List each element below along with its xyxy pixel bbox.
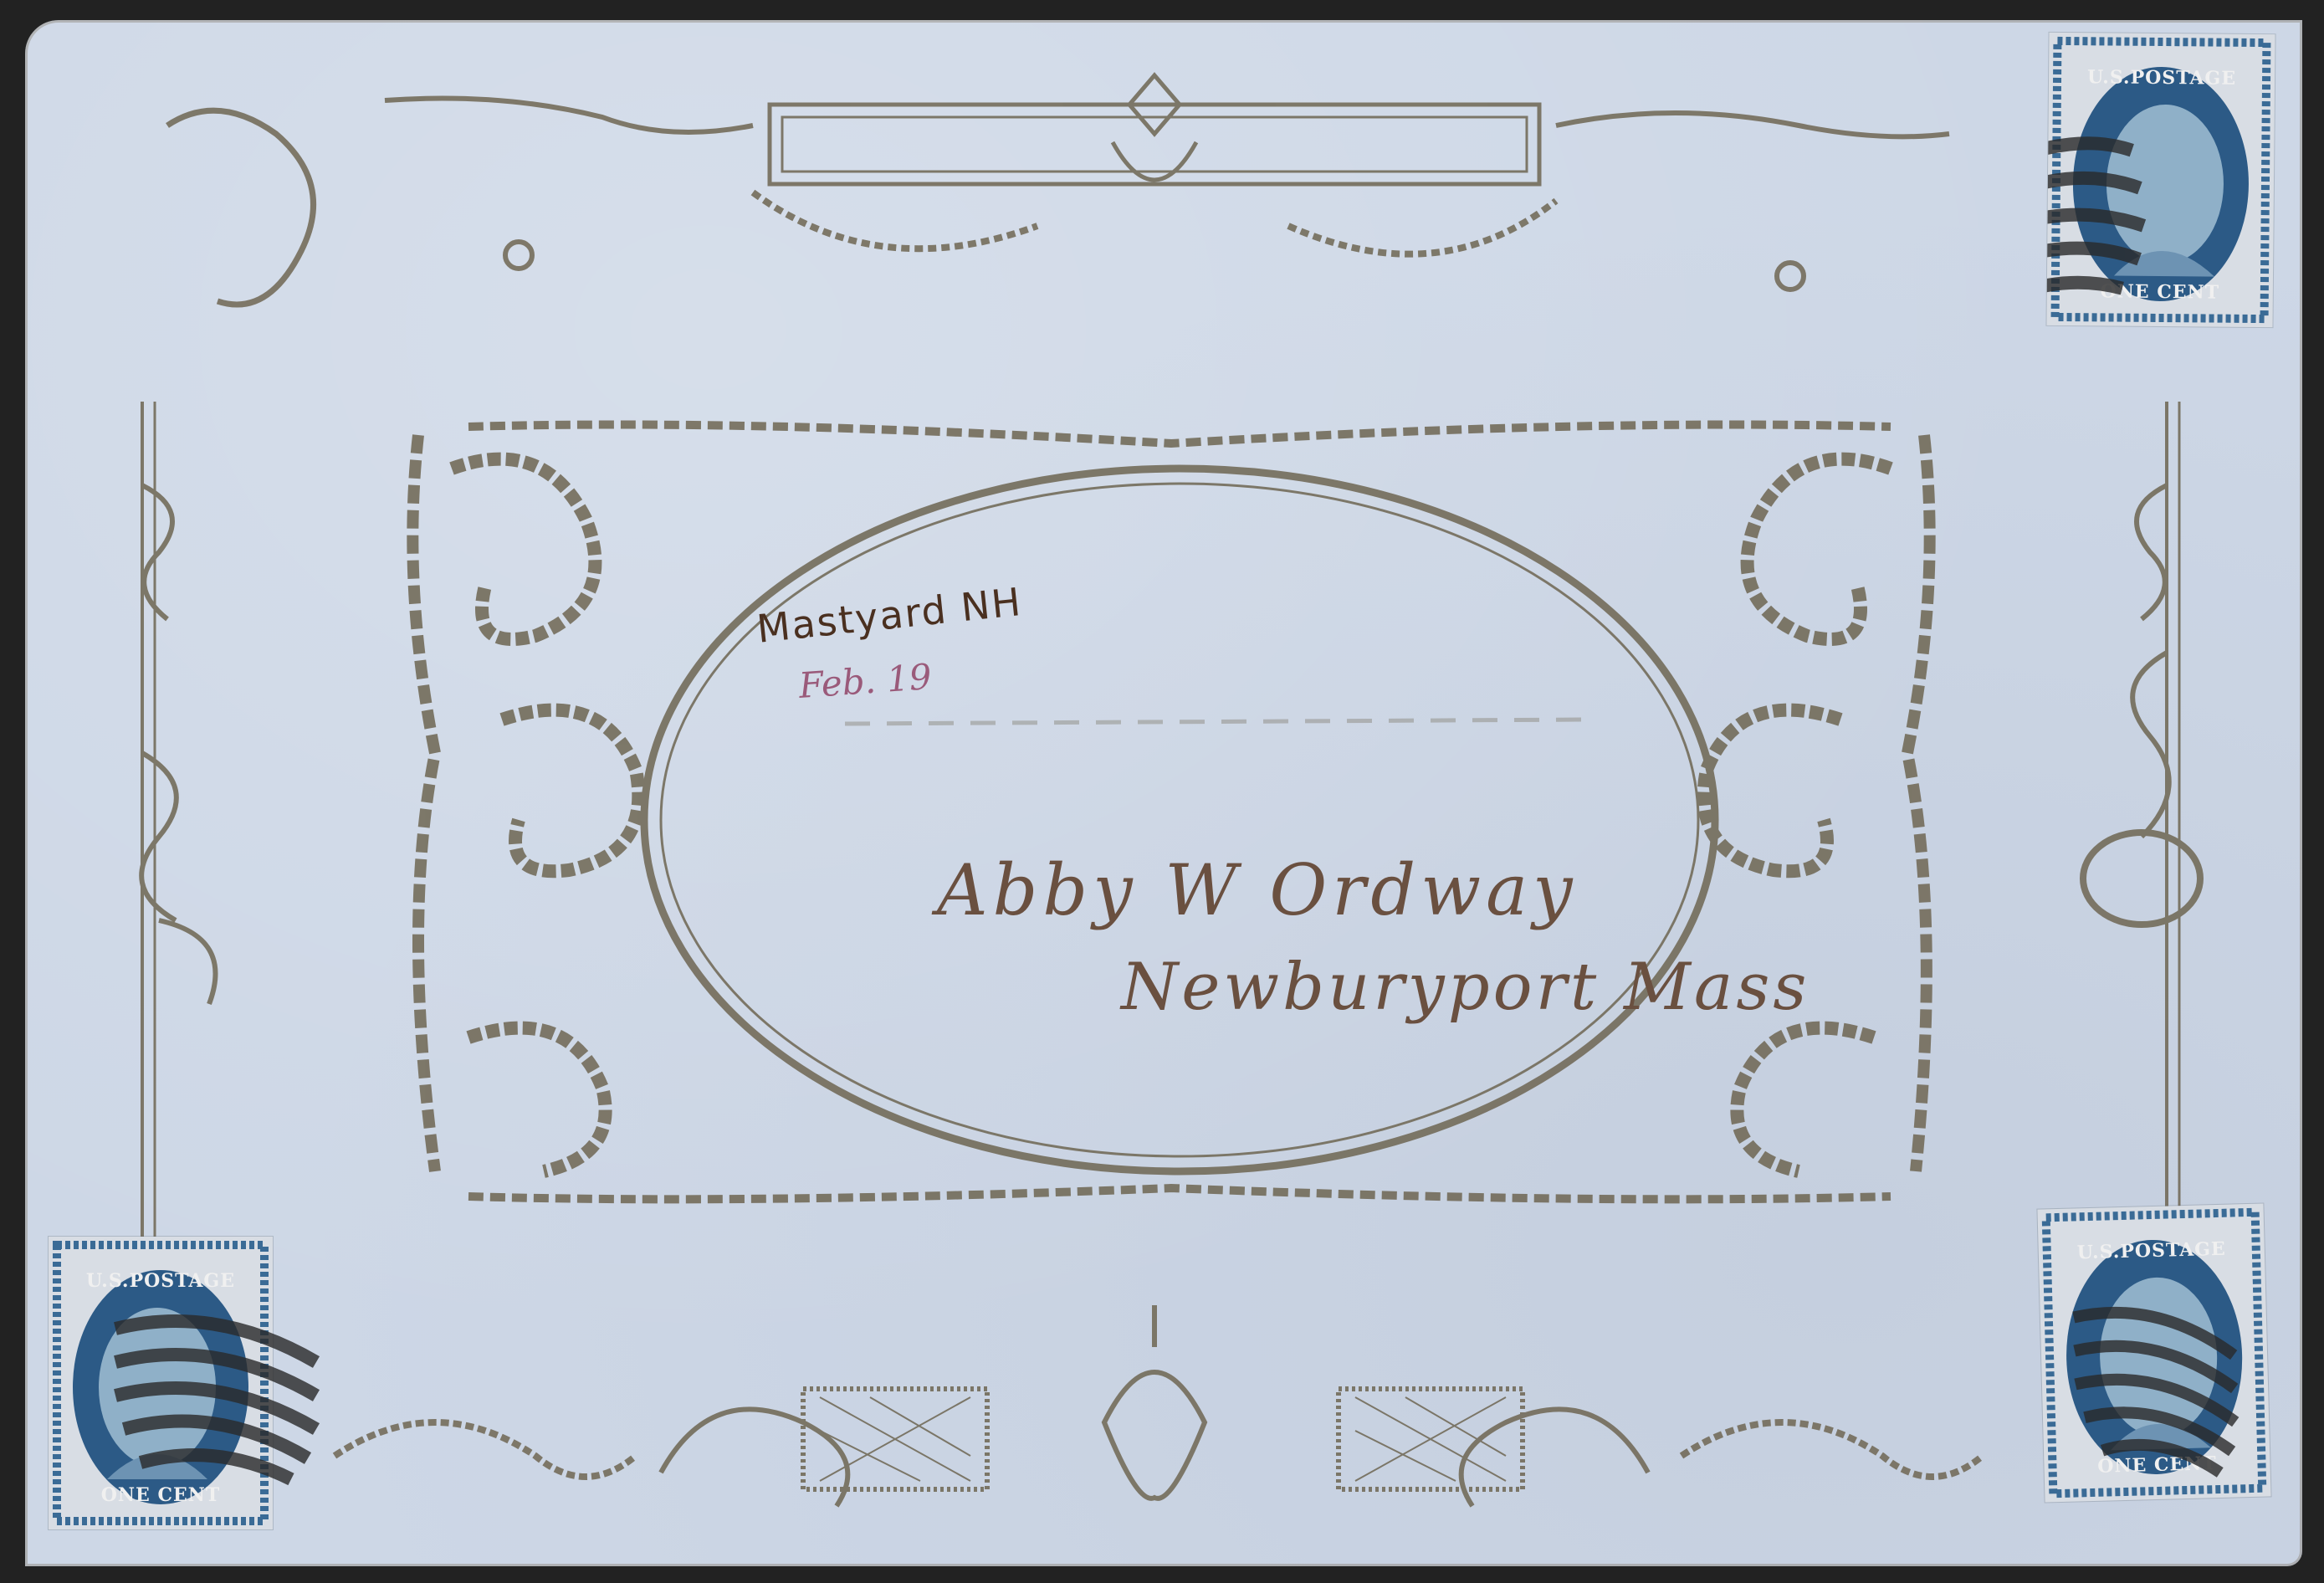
addressee-city: Newburyport Mass: [1121, 950, 1810, 1025]
stamp-bottom-right: U.S.POSTAGE ONE CENT: [2037, 1204, 2270, 1503]
addressee-name: Abby W Ordway: [937, 849, 1578, 931]
grid-cancel-icon: [49, 1237, 333, 1529]
grid-cancel-icon: [2046, 33, 2275, 327]
stamp-bottom-left: U.S.POSTAGE ONE CENT: [49, 1237, 273, 1529]
stamp-top-right: U.S.POSTAGE ONE CENT: [2046, 33, 2275, 327]
engraved-border-ornament: [0, 0, 2324, 1583]
grid-cancel-icon: [2037, 1204, 2270, 1503]
